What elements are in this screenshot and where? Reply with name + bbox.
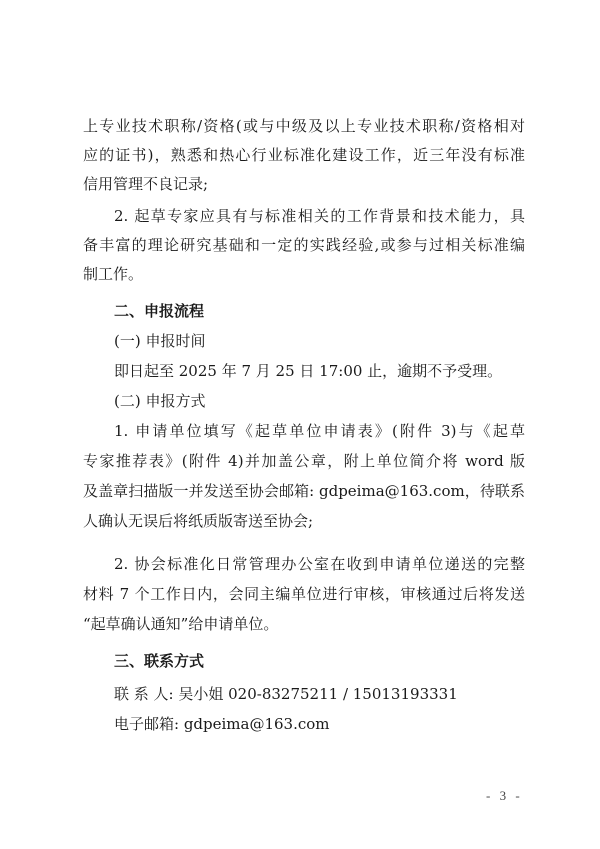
subheading-application-method: (二) 申报方式 [114,390,525,412]
paragraph-line: 制工作。 [83,263,525,285]
paragraph-line: 信用管理不良记录; [83,173,525,195]
paragraph-line: 2. 协会标准化日常管理办公室在收到申请单位递送的完整 [114,553,525,575]
paragraph-line: 备丰富的理论研究基础和一定的实践经验,或参与过相关标准编 [83,234,525,256]
paragraph-line: “起草确认通知”给申请单位。 [83,613,525,635]
section-heading-contact: 三、联系方式 [114,650,525,672]
contact-person: 联 系 人: 吴小姐 020-83275211 / 15013193331 [114,683,525,705]
section-heading-application-process: 二、申报流程 [114,300,525,322]
application-deadline-text: 即日起至 2025 年 7 月 25 日 17:00 止，逾期不予受理。 [114,360,525,382]
page-number: - 3 - [486,788,523,804]
document-page: 上专业技术职称/资格(或与中级及以上专业技术职称/资格相对 应的证书)，熟悉和热… [0,0,600,849]
contact-email: 电子邮箱: gdpeima@163.com [114,713,525,735]
paragraph-line: 人确认无误后将纸质版寄送至协会; [83,510,525,532]
paragraph-line: 及盖章扫描版一并发送至协会邮箱: gdpeima@163.com，待联系 [83,480,525,502]
paragraph-line: 上专业技术职称/资格(或与中级及以上专业技术职称/资格相对 [83,115,525,137]
paragraph-line: 2. 起草专家应具有与标准相关的工作背景和技术能力，具 [114,205,525,227]
subheading-application-time: (一) 申报时间 [114,330,525,352]
paragraph-line: 应的证书)，熟悉和热心行业标准化建设工作，近三年没有标准 [83,144,525,166]
paragraph-line: 专家推荐表》(附件 4)并加盖公章，附上单位简介将 word 版 [83,450,525,472]
paragraph-line: 1. 申请单位填写《起草单位申请表》(附件 3)与《起草 [114,420,525,442]
paragraph-line: 材料 7 个工作日内，会同主编单位进行审核，审核通过后将发送 [83,583,525,605]
